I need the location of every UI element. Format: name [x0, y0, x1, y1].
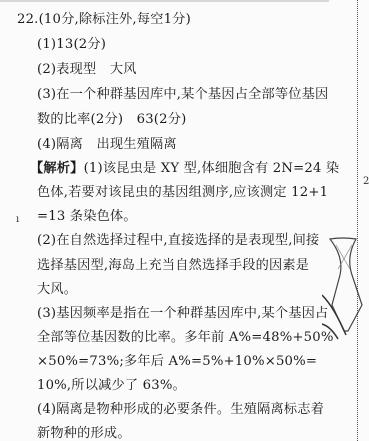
answer-3-cont: 数的比率(2分) 63(2分): [37, 112, 186, 128]
binding-line: [357, 0, 358, 441]
stray-mark: ı: [16, 214, 19, 225]
question-header: 22.(10分,除标注外,每空1分): [17, 12, 191, 28]
analysis-first-line: 【解析】(1)该昆虫是 XY 型,体细胞含有 2N=24 染: [30, 161, 339, 177]
analysis-line-5: 选择基因型,海岛上充当自然选择手段的因素是: [37, 258, 309, 274]
analysis-line-7: (3)基因频率是指在一个种群基因库中,某个基因占: [37, 306, 328, 322]
scribble-drawing-icon: [322, 235, 369, 345]
answer-2: (2)表现型 大风: [37, 62, 137, 78]
answer-3: (3)在一个种群基因库中,某个基因占全部等位基因: [37, 87, 328, 103]
analysis-line-3: =13 条染色体。: [37, 209, 137, 225]
analysis-line-1: (1)该昆虫是 XY 型,体细胞含有 2N=24 染: [84, 161, 340, 176]
analysis-line-8: 全部等位基因数的比率。多年前 A%=48%+50%: [37, 330, 334, 346]
analysis-line-10: 10%,所以减少了 63%。: [37, 378, 186, 394]
analysis-line-11: (4)隔离是物种形成的必要条件。生殖隔离标志着: [37, 402, 324, 418]
analysis-label: 【解析】: [30, 161, 84, 176]
answer-1: (1)13(2分): [37, 37, 106, 53]
analysis-line-9: ×50%=73%;多年后 A%=5%+10%×50%=: [37, 354, 317, 370]
analysis-line-6: 大风。: [37, 282, 77, 298]
top-rule: [0, 0, 329, 2]
margin-char: 2: [363, 176, 369, 187]
analysis-line-4: (2)在自然选择过程中,直接选择的是表现型,间接: [37, 233, 319, 249]
analysis-line-12: 新物种的形成。: [37, 426, 131, 441]
answer-4: (4)隔离 出现生殖隔离: [37, 137, 177, 153]
analysis-line-2: 色体,若要对该昆虫的基因组测序,应该测定 12+1: [37, 185, 328, 201]
